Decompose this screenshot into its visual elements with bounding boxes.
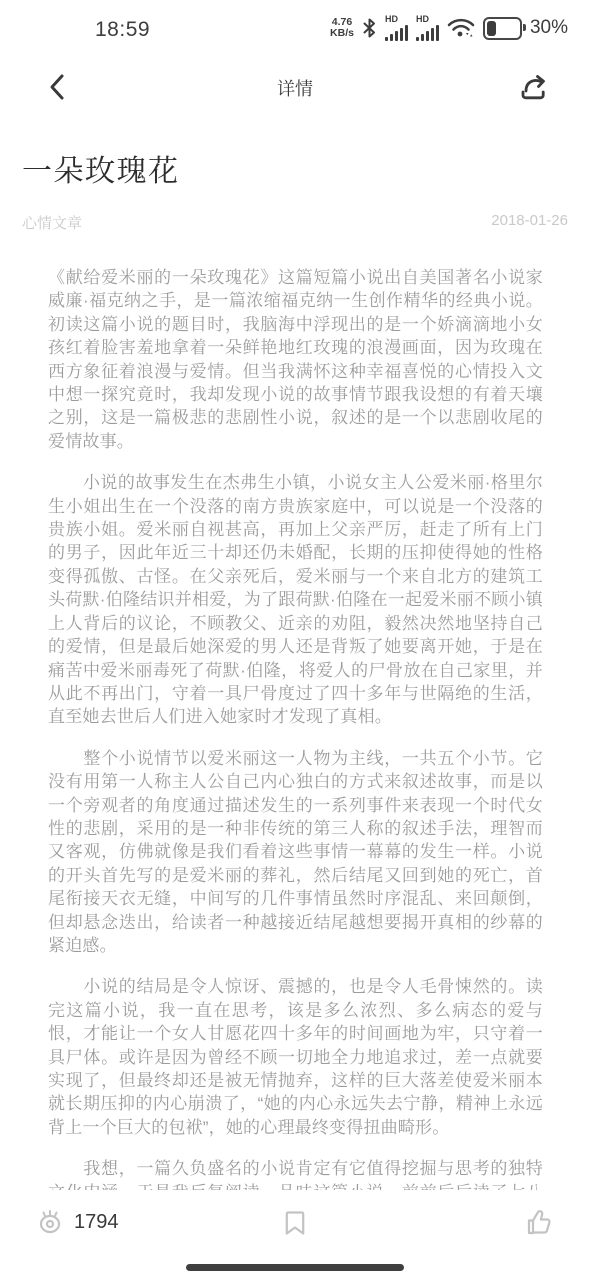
hd-badge: HD [416,15,429,24]
article-date: 2018-01-26 [491,212,568,233]
page-title: 详情 [0,75,590,101]
article-detail-screen: 18:59 4.76 KB/s HD HD [0,0,590,1278]
hd-badge: HD [385,15,398,24]
article-paragraph: 《献给爱米丽的一朵玫瑰花》这篇短篇小说出自美国著名小说家威廉·福克纳之手，是一篇… [48,266,543,453]
bookmark-button[interactable] [278,1206,312,1240]
like-button[interactable] [522,1206,556,1240]
wifi-icon [447,17,475,39]
article-paragraph: 小说的故事发生在杰弗生小镇，小说女主人公爱米丽·格里尔生小姐出生在一个没落的南方… [48,471,543,728]
bottom-action-bar: 1794 [0,1190,590,1278]
share-arrow-icon [514,68,552,106]
share-button[interactable] [514,68,552,106]
status-time: 18:59 [95,18,150,42]
bookmark-icon [278,1206,312,1240]
view-count: 1794 [74,1211,119,1234]
article-meta: 心情文章 2018-01-26 [22,212,568,233]
status-bar: 18:59 4.76 KB/s HD HD [0,0,590,56]
status-icons: 4.76 KB/s HD HD [330,0,568,56]
article-paragraph: 我想，一篇久负盛名的小说肯定有它值得挖掘与思考的独特文化内涵。于是我反复阅读、品… [48,1157,543,1190]
signal-bars-icon: HD [385,15,408,41]
battery-icon [483,17,522,40]
view-count-indicator: 1794 [34,1206,119,1238]
article-body[interactable]: 《献给爱米丽的一朵玫瑰花》这篇短篇小说出自美国著名小说家威廉·福克纳之手，是一篇… [48,266,543,1190]
bluetooth-icon [362,17,377,39]
home-indicator[interactable] [186,1264,404,1271]
article-category: 心情文章 [22,212,82,233]
network-speed-unit: KB/s [330,28,354,39]
thumbs-up-icon [522,1206,556,1240]
nav-bar: 详情 [0,56,590,118]
article-paragraph: 小说的结局是令人惊讶、震撼的，也是令人毛骨悚然的。读完这篇小说，我一直在思考，该… [48,975,543,1139]
article-title: 一朵玫瑰花 [22,146,568,190]
article-paragraph: 整个小说情节以爱米丽这一人物为主线，一共五个小节。它没有用第一人称主人公自己内心… [48,747,543,958]
article-header: 一朵玫瑰花 心情文章 2018-01-26 [22,146,568,233]
signal-bars-icon: HD [416,15,439,41]
battery-percent: 30% [530,17,568,39]
network-speed-indicator: 4.76 KB/s [330,17,354,39]
eye-views-icon [34,1206,66,1238]
